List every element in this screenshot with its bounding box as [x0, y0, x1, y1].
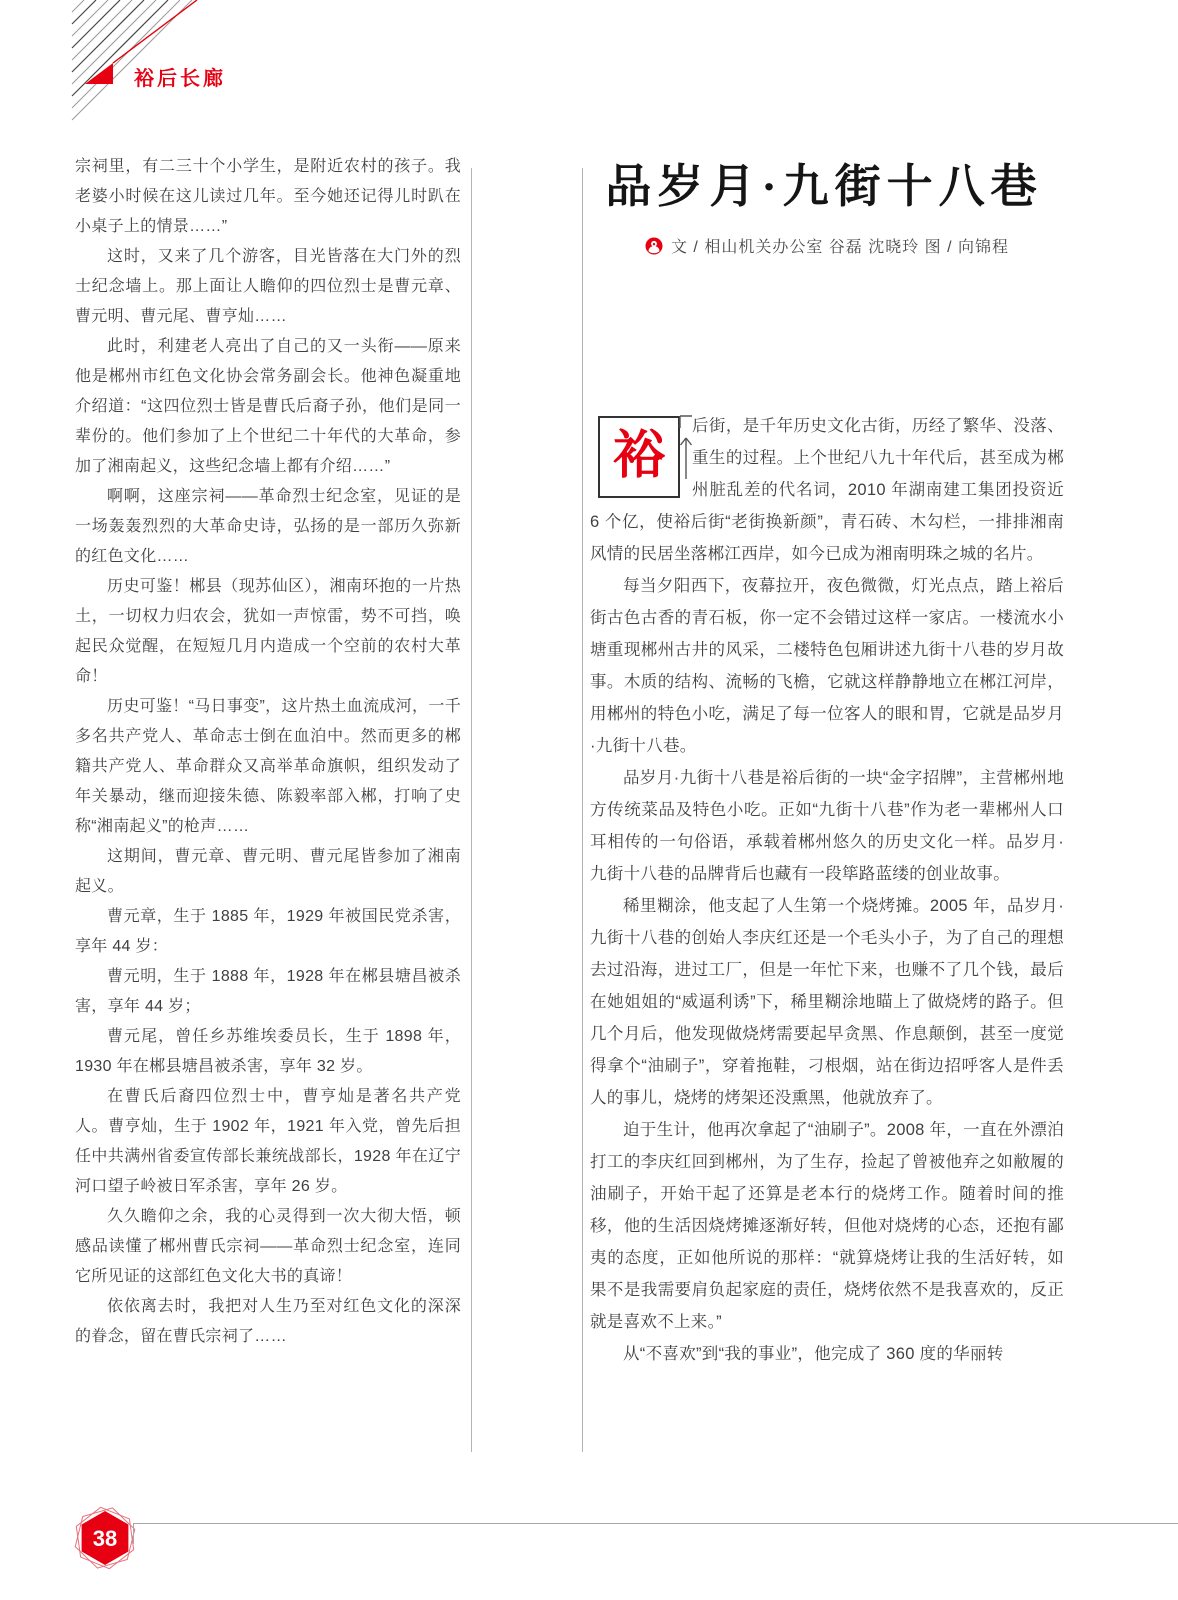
- paragraph: 稀里糊涂，他支起了人生第一个烧烤摊。2005 年，品岁月·九街十八巷的创始人李庆…: [590, 890, 1064, 1114]
- paragraph: 品岁月·九街十八巷是裕后街的一块“金字招牌”，主营郴州地方传统菜品及特色小吃。正…: [590, 762, 1064, 890]
- paragraph: 依依离去时，我把对人生乃至对红色文化的深深的眷念，留在曹氏宗祠了……: [75, 1292, 461, 1352]
- magazine-page: 裕后长廊 宗祠里，有二三十个小学生，是附近农村的孩子。我老婆小时候在这儿读过几年…: [0, 0, 1178, 1600]
- paragraph: 久久瞻仰之余，我的心灵得到一次大彻大悟，顿感品读懂了郴州曹氏宗祠——革命烈士纪念…: [75, 1202, 461, 1292]
- footer-rule: [133, 1523, 1178, 1544]
- column-divider-left: [471, 168, 472, 1452]
- paragraph: 历史可鉴！“马日事变”，这片热土血流成河，一千多名共产党人、革命志士倒在血泊中。…: [75, 692, 461, 842]
- paragraph: 从“不喜欢”到“我的事业”，他完成了 360 度的华丽转: [590, 1338, 1064, 1370]
- paragraph: 此时，利建老人亮出了自己的又一头衔——原来他是郴州市红色文化协会常务副会长。他神…: [75, 332, 461, 482]
- paragraph: 啊啊，这座宗祠——革命烈士纪念室，见证的是一场轰轰烈烈的大革命史诗，弘扬的是一部…: [75, 482, 461, 572]
- up-arrow-icon: [678, 435, 694, 481]
- paragraph: 历史可鉴！郴县（现苏仙区），湘南环抱的一片热土，一切权力归农会，犹如一声惊雷，势…: [75, 572, 461, 692]
- paragraph: 宗祠里，有二三十个小学生，是附近农村的孩子。我老婆小时候在这儿读过几年。至今她还…: [75, 152, 461, 242]
- paragraph: 曹元明，生于 1888 年，1928 年在郴县塘昌被杀害，享年 44 岁；: [75, 962, 461, 1022]
- drop-cap-character: 裕: [613, 431, 665, 483]
- article-paragraphs: 后街，是千年历史文化古街，历经了繁华、没落、重生的过程。上个世纪八九十年代后，甚…: [590, 410, 1064, 1370]
- section-label: 裕后长廊: [134, 62, 226, 91]
- article-byline: 文 / 相山机关办公室 谷磊 沈晓玲 图 / 向锦程: [590, 234, 1064, 257]
- author-icon: [645, 237, 663, 255]
- paragraph: 在曹氏后裔四位烈士中，曹亨灿是著名共产党人。曹亨灿，生于 1902 年，1921…: [75, 1082, 461, 1202]
- article-title: 品岁月·九街十八巷: [578, 150, 1070, 216]
- paragraph: 曹元尾，曾任乡苏维埃委员长，生于 1898 年，1930 年在郴县塘昌被杀害，享…: [75, 1022, 461, 1082]
- paragraph: 这时，又来了几个游客，目光皆落在大门外的烈士纪念墙上。那上面让人瞻仰的四位烈士是…: [75, 242, 461, 332]
- drop-cap-box: 裕: [598, 416, 680, 498]
- corner-mark-icon: [678, 414, 694, 429]
- paragraph: 每当夕阳西下，夜幕拉开，夜色微微，灯光点点，踏上裕后街古色古香的青石板，你一定不…: [590, 570, 1064, 762]
- paragraph: 迫于生计，他再次拿起了“油刷子”。2008 年，一直在外漂泊打工的李庆红回到郴州…: [590, 1114, 1064, 1338]
- drop-cap-decoration: [678, 414, 694, 481]
- paragraph: 这期间，曹元章、曹元明、曹元尾皆参加了湘南起义。: [75, 842, 461, 902]
- left-column: 宗祠里，有二三十个小学生，是附近农村的孩子。我老婆小时候在这儿读过几年。至今她还…: [75, 152, 461, 1352]
- paragraph: 曹元章，生于 1885 年，1929 年被国民党杀害，享年 44 岁：: [75, 902, 461, 962]
- article-body: 裕 后街，是千年历史文化古街，历经了繁华、没落、重生的过程。上个世纪八九十年代后…: [590, 410, 1064, 1370]
- drop-cap: 裕: [590, 412, 688, 502]
- page-number: 38: [93, 1526, 117, 1551]
- byline-text: 文 / 相山机关办公室 谷磊 沈晓玲 图 / 向锦程: [671, 234, 1009, 257]
- column-divider-right: [582, 168, 583, 1452]
